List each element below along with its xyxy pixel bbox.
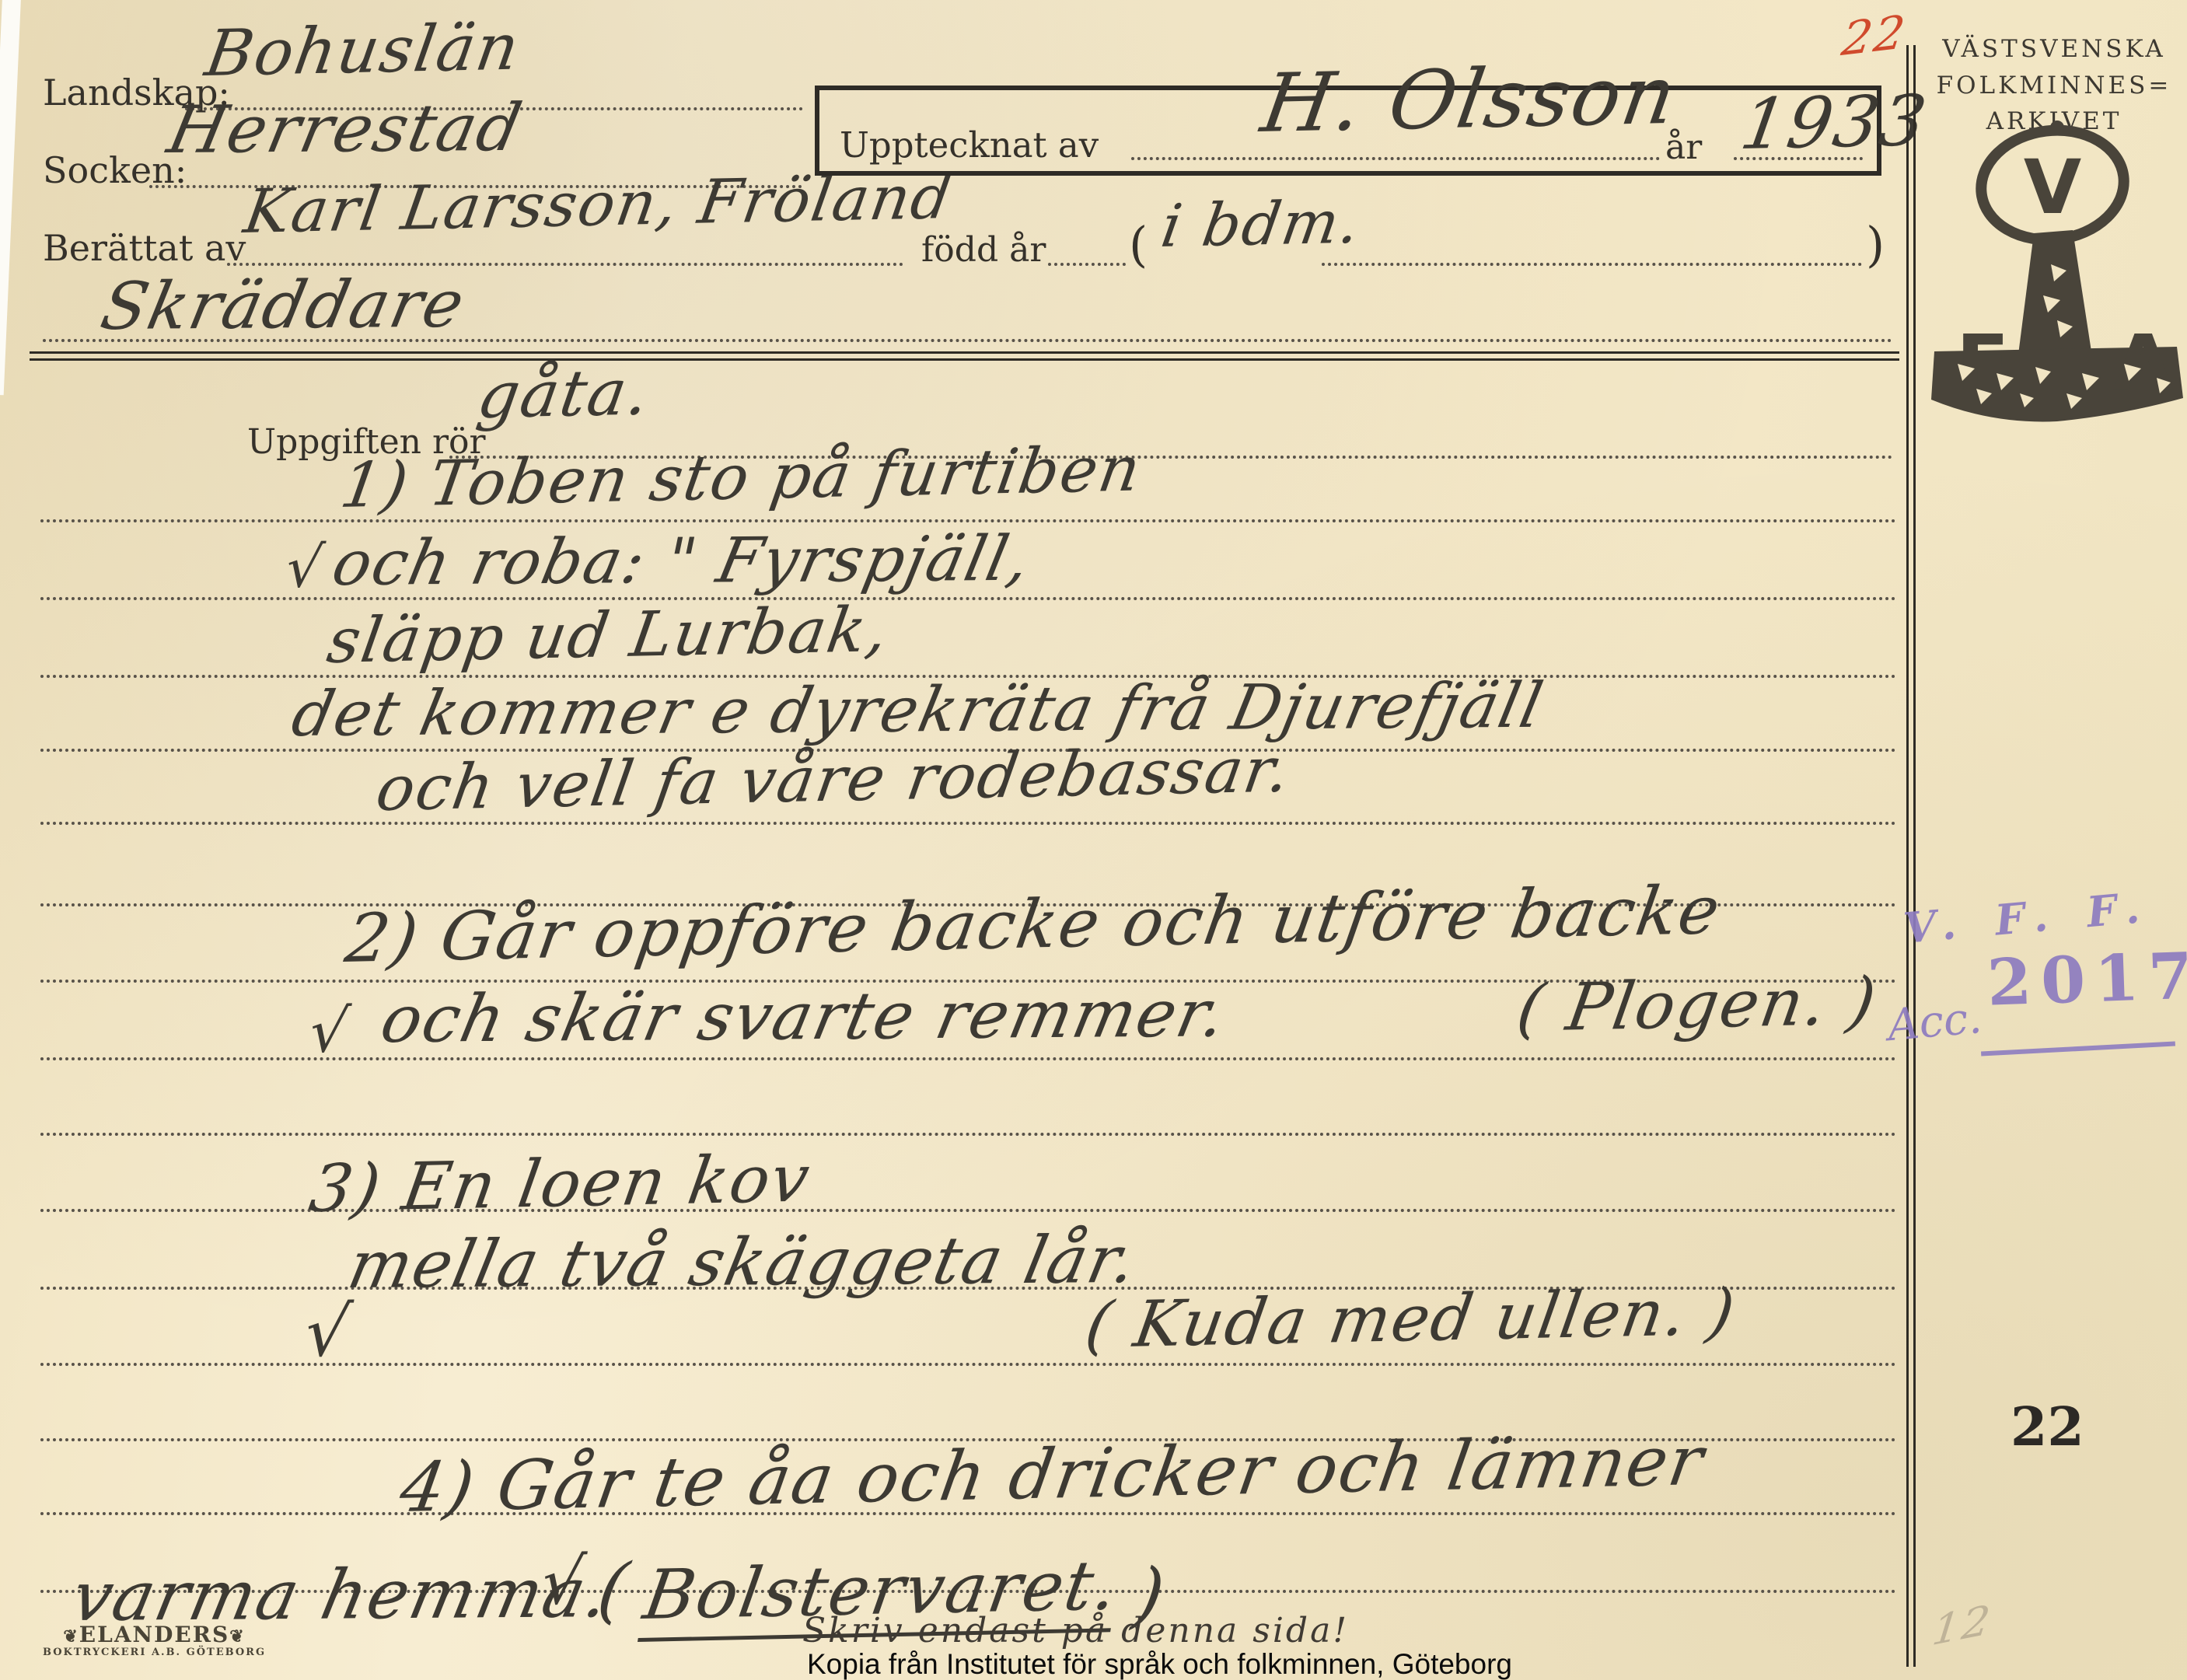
archive-name-line2: FOLKMINNES= [1922, 68, 2186, 104]
archive-record-card: Landskap: Bohuslän Socken: Herrestad Ber… [0, 0, 2187, 1680]
checkmark-icon: √ [299, 1291, 357, 1372]
pencil-number: 12 [1930, 1595, 1994, 1655]
footer-instruction: Skriv endast på denna sida! [802, 1611, 1349, 1650]
red-number: 22 [1839, 5, 1909, 67]
fodd-ar-dotted-line-2 [1322, 263, 1862, 266]
vfa-thors-hammer-logo-icon: F A V [1927, 117, 2183, 505]
uppgiften-value: gåta. [473, 355, 655, 433]
body-line-9: mella två skäggeta lår. [342, 1221, 1144, 1303]
stamp-number: 2017 [1986, 938, 2187, 1021]
logo-letter-a: A [2113, 318, 2173, 409]
printer-name: ELANDERS [79, 1622, 229, 1647]
body-line-2: och roba: " Fyrspjäll, [327, 522, 1038, 599]
birthplace-value: i bdm. [1157, 187, 1366, 260]
ar-value: 1933 [1735, 80, 1933, 166]
informant-occupation-value: Skräddare [95, 266, 472, 344]
body-line-8: 3) En loen kov [305, 1140, 816, 1227]
logo-letter-v: V [2024, 144, 2081, 231]
birthplace-paren-close: ) [1866, 216, 1885, 273]
fodd-ar-label: född år [921, 230, 1046, 270]
archive-name-line1: VÄSTSVENSKA [1922, 31, 2186, 68]
printer-ornament-icon: ❦ [63, 1626, 79, 1647]
checkmark-icon: √ [305, 996, 355, 1066]
ruled-line [40, 1133, 1897, 1136]
checkmark-icon: √ [281, 534, 329, 600]
page-number: 22 [2011, 1396, 2084, 1458]
sidebar-double-rule [1906, 45, 1916, 1667]
ruled-line [40, 822, 1897, 825]
birthplace-paren-open: ( [1129, 216, 1148, 273]
body-line-6: 2) Går oppföre backe och utföre backe [341, 871, 1726, 978]
berattat-av-label: Berättat av [43, 227, 246, 269]
fodd-ar-dotted-line-1 [1048, 263, 1126, 266]
upptecknat-dotted-line [1131, 157, 1660, 160]
scan-edge [0, 0, 21, 395]
printer-sub: BOKTRYCKERI A.B. GÖTEBORG [43, 1647, 266, 1658]
stamp-acc-underline [1981, 1041, 2175, 1056]
body-line-7: och skär svarte remmer. [375, 975, 1234, 1057]
landskap-value: Bohuslän [201, 11, 525, 91]
header-double-rule [30, 351, 1899, 361]
printer-ornament-icon: ❦ [229, 1626, 245, 1647]
body-line-7-answer: ( Plogen. ) [1512, 962, 1882, 1046]
upptecknat-label: Upptecknat av [840, 124, 1099, 166]
body-line-3: släpp ud Lurbak, [323, 593, 894, 677]
header-bottom-dotted-line [43, 339, 1893, 342]
upptecknat-value: H. Olsson [1256, 47, 1683, 151]
socken-value: Herrestad [162, 89, 529, 168]
ar-label: år [1665, 127, 1702, 167]
berattat-dotted-line [227, 263, 903, 266]
printer-imprint: ❦ELANDERS❦ BOKTRYCKERI A.B. GÖTEBORG [43, 1623, 266, 1658]
stamp-acc-label: Acc. [1885, 993, 1983, 1051]
body-line-10-answer: ( Kuda med ullen. ) [1081, 1276, 1741, 1363]
footer-copy-note: Kopia från Institutet för språk och folk… [807, 1648, 1512, 1680]
body-line-4: det kommer e dyrekräta frå Djurefjäll [286, 669, 1550, 750]
